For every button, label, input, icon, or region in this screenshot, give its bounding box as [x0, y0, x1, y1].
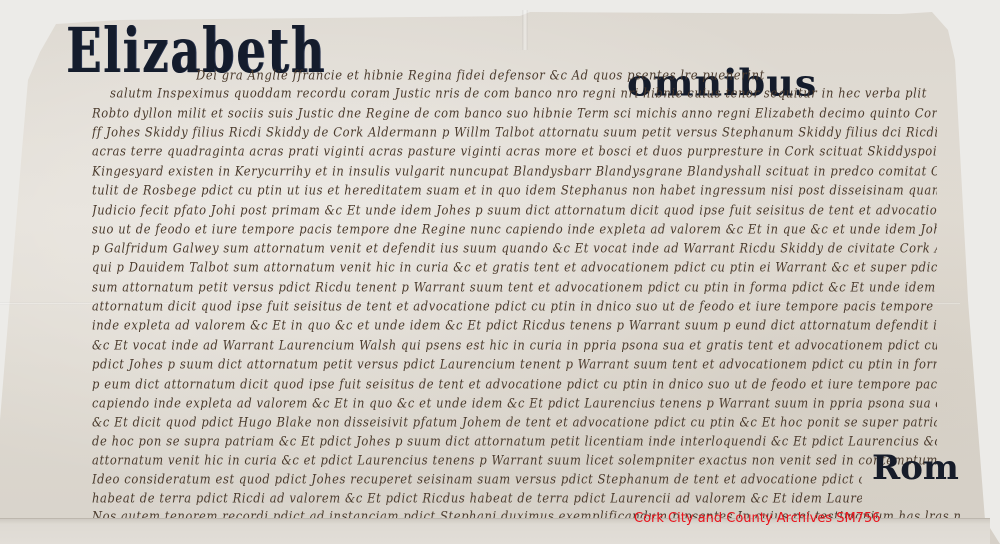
manuscript-line: Judicio fecit pfato Johi post primam &c … — [92, 202, 937, 218]
manuscript-text-block: Dei gra Anglie ffrancie et hibnie Regina… — [0, 0, 1000, 544]
manuscript-line: attornatum venit hic in curia &c et pdic… — [92, 452, 937, 468]
manuscript-line: p Galfridum Galwey sum attornatum venit … — [92, 240, 937, 256]
manuscript-line: Robto dyllon milit et sociis suis Justic… — [92, 105, 937, 121]
manuscript-line: Dei gra Anglie ffrancie et hibnie Regina… — [196, 67, 836, 83]
manuscript-line: p eum dict attornatum dicit quod ipse fu… — [92, 376, 937, 392]
closing-mark: Rom — [872, 448, 959, 488]
manuscript-line: acras terre quadraginta acras prati vigi… — [92, 143, 937, 159]
manuscript-line: sum attornatum petit versus pdict Ricdu … — [92, 279, 937, 295]
manuscript-line: Kingesyard existen in Kerycurrihy et in … — [92, 163, 937, 179]
archive-caption: Cork City and County Archives SM756 — [634, 511, 881, 526]
manuscript-line: capiendo inde expleta ad valorem &c Et i… — [92, 395, 937, 411]
manuscript-line: tulit de Rosbege pdict cu ptin ut ius et… — [92, 182, 937, 198]
manuscript-line: &c Et vocat inde ad Warrant Laurencium W… — [92, 337, 937, 353]
manuscript-line: habeat de terra pdict Ricdi ad valorem &… — [92, 490, 862, 506]
manuscript-line: salutm Inspeximus quoddam recordu coram … — [110, 85, 930, 101]
manuscript-line: inde expleta ad valorem &c Et in quo &c … — [92, 317, 937, 333]
manuscript-line: attornatum dicit quod ipse fuit seisitus… — [92, 298, 937, 314]
manuscript-line: Ideo consideratum est quod pdict Johes r… — [92, 471, 862, 487]
manuscript-line: ff Johes Skiddy filius Ricdi Skiddy de C… — [92, 124, 937, 140]
manuscript-line: &c Et dicit quod pdict Hugo Blake non di… — [92, 414, 937, 430]
manuscript-line: de hoc pon se supra patriam &c Et pdict … — [92, 433, 937, 449]
manuscript-line: suo ut de feodo et iure tempore pacis te… — [92, 221, 937, 237]
manuscript-line: qui p Dauidem Talbot sum attornatum veni… — [92, 259, 937, 275]
manuscript-line: pdict Johes p suum dict attornatum petit… — [92, 356, 937, 372]
